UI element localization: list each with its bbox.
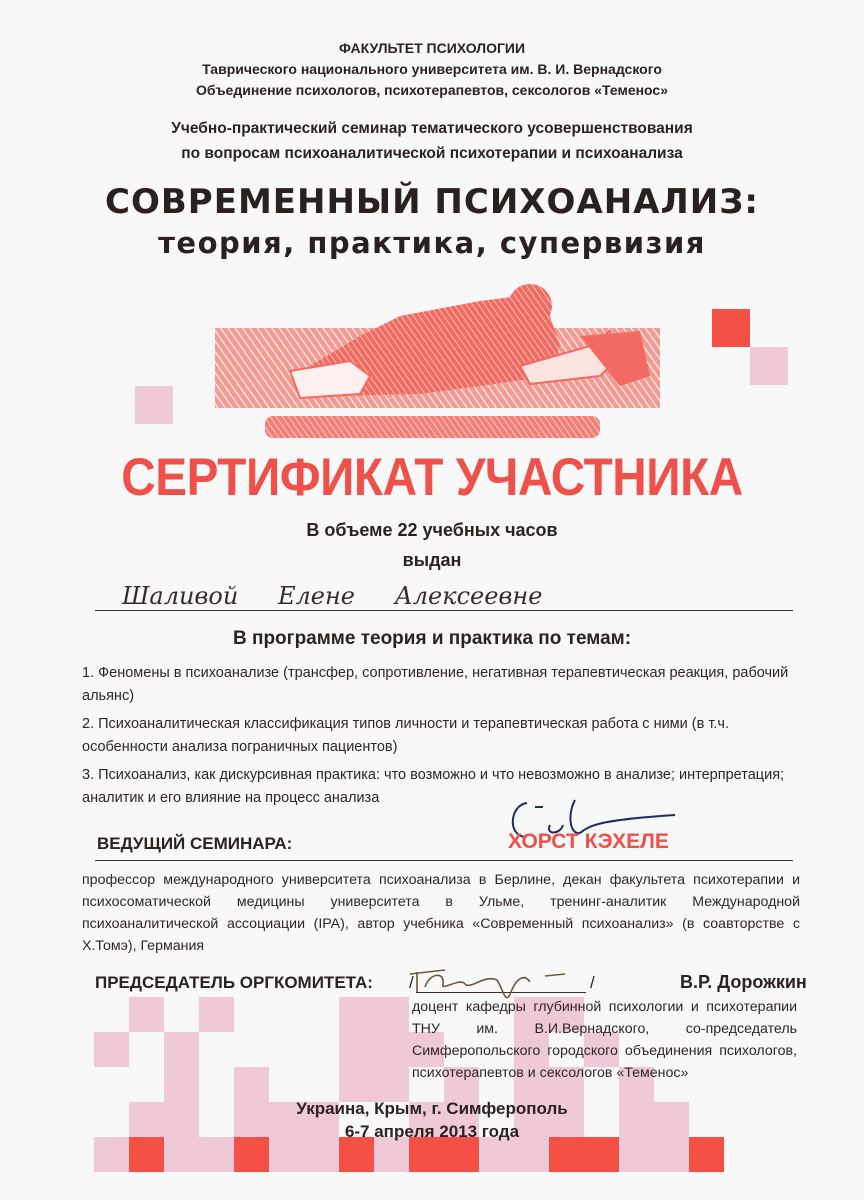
decor-square-pink <box>654 1137 689 1172</box>
topic-2: 2. Психоаналитическая классификация типо… <box>82 713 800 759</box>
issued-text: выдан <box>0 550 864 571</box>
decor-square-pink <box>339 1067 374 1102</box>
leader-label: ВЕДУЩИЙ СЕМИНАРА: <box>97 834 292 854</box>
decor-square-red <box>444 1137 479 1172</box>
decor-square-pink <box>129 997 164 1032</box>
decor-square-pink <box>199 997 234 1032</box>
analyst-on-couch-illustration <box>220 276 680 446</box>
decor-square-red <box>689 1137 724 1172</box>
decor-square-pink <box>374 997 409 1032</box>
chair-name: В.Р. Дорожкин <box>680 972 807 993</box>
decor-square-pink <box>94 1137 129 1172</box>
decor-square-pink <box>750 347 788 385</box>
seminar-line-2: по вопросам психоаналитической психотера… <box>0 141 864 166</box>
footer-date: 6-7 апреля 2013 года <box>0 1122 864 1142</box>
decor-square-red <box>129 1137 164 1172</box>
certificate-heading: СЕРТИФИКАТ УЧАСТНИКА <box>43 447 821 508</box>
decor-square-pink <box>374 1137 409 1172</box>
main-title: СОВРЕМЕННЫЙ ПСИХОАНАЛИЗ: <box>0 182 864 222</box>
chair-label: ПРЕДСЕДАТЕЛЬ ОРГКОМИТЕТА: <box>95 973 373 993</box>
signature-slash-close: / <box>590 973 595 993</box>
leader-bio: профессор международного университета пс… <box>82 869 800 957</box>
decor-square-pink <box>234 1067 269 1102</box>
association-name: Объединение психологов, психотерапевтов,… <box>0 80 864 101</box>
leader-divider <box>95 860 793 861</box>
main-subtitle: теория, практика, супервизия <box>0 226 864 260</box>
decor-square-pink <box>199 1137 234 1172</box>
topic-1: 1. Феномены в психоанализе (трансфер, со… <box>82 662 800 708</box>
footer-place: Украина, Крым, г. Симферополь <box>0 1099 864 1119</box>
recipient-name: Шаливой Елене Алексеевне <box>122 582 542 610</box>
decor-square-pink <box>374 1067 409 1102</box>
faculty-title: ФАКУЛЬТЕТ ПСИХОЛОГИИ <box>0 38 864 59</box>
decor-square-pink <box>304 1137 339 1172</box>
decor-square-red <box>234 1137 269 1172</box>
decor-square-red <box>584 1137 619 1172</box>
decor-square-pink <box>619 1137 654 1172</box>
chair-bio: доцент кафедры глубинной психологии и пс… <box>412 996 797 1084</box>
decor-square-red <box>409 1137 444 1172</box>
hours-text: В объеме 22 учебных часов <box>0 520 864 541</box>
decor-square-pink <box>164 1032 199 1067</box>
decor-square-red <box>339 1137 374 1172</box>
recipient-underline <box>95 610 793 611</box>
topic-3: 3. Психоанализ, как дискурсивная практик… <box>82 764 800 810</box>
decor-square-pink <box>374 1032 409 1067</box>
decor-square-pink <box>269 1137 304 1172</box>
university-name: Таврического национального университета … <box>0 59 864 80</box>
decor-square-pink <box>164 1137 199 1172</box>
decor-square-pink <box>514 1137 549 1172</box>
decor-square-pink <box>339 1032 374 1067</box>
leader-name: ХОРСТ КЭХЕЛЕ <box>508 830 669 854</box>
decor-square-pink <box>479 1137 514 1172</box>
program-heading: В программе теория и практика по темам: <box>0 628 864 650</box>
decor-square-pink <box>164 1067 199 1102</box>
decor-square-pink <box>135 386 173 424</box>
decor-square-pink <box>339 997 374 1032</box>
decor-square-red <box>712 309 750 347</box>
seminar-line-1: Учебно-практический семинар тематическог… <box>0 116 864 141</box>
decor-square-red <box>549 1137 584 1172</box>
decor-square-pink <box>94 1032 129 1067</box>
